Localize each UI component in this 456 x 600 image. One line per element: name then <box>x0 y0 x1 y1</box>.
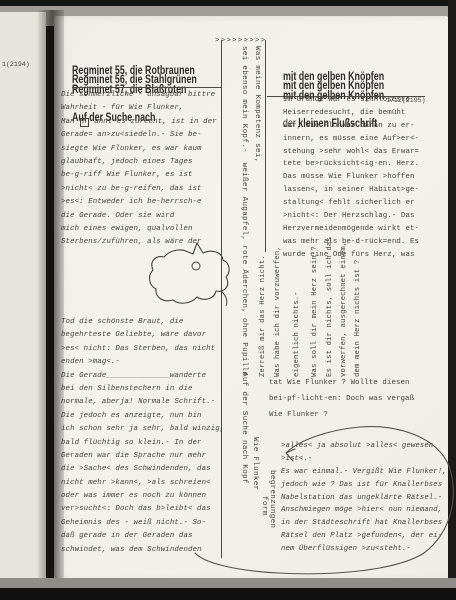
question-line-7: dem mein Herz nichts ist ? <box>354 260 363 377</box>
boxed-n: n <box>80 118 89 127</box>
text-line: >nicht<: Der Herzschlag.- Das <box>283 210 428 223</box>
text-line: Sterbens/zuführen, als wäre der <box>61 236 226 249</box>
question-line-1: Zerreiß mir das Herz nicht. <box>259 255 268 377</box>
text-line: Die schmerzliche - unsagbar bittre <box>61 89 226 102</box>
text-line: enden >mag<.- <box>61 356 229 369</box>
question-line-3: eigentlich nichts.- <box>293 291 302 377</box>
text-line: ich schon sehr ja sehr, bald winzig, <box>61 423 229 436</box>
margin-suche-line: Auf der Suche nach Kopf <box>239 372 248 484</box>
text-line: glaubhaft, jedoch eines Tages <box>61 156 226 169</box>
margin-wie-flunker: Wie Flunker <box>250 437 259 490</box>
text-line: daß gerade in der Geraden das <box>61 530 229 543</box>
text-line: mich eines ewigen, qualvollen <box>61 223 226 236</box>
text-line: be-g-riff Wie Flunker, es ist <box>61 169 226 182</box>
left-header-underline <box>72 87 222 88</box>
question-line-4: Was soll dir mein Herz sein ? <box>311 246 320 377</box>
text-line: Geraden war die Sprache nur mehr <box>61 450 229 463</box>
left-page-number: 1(2194) <box>2 61 30 68</box>
text-line: begehrteste Geliebte, wäre davor <box>61 329 229 342</box>
man-line-pre: Man <box>61 118 79 126</box>
text-line: die Gerade. Oder sie wird <box>61 210 226 223</box>
text-line: lassen<, in seiner Habitat>ge- <box>283 184 428 197</box>
text-line: nicht mehr >kann<, >als schreien< <box>61 477 229 490</box>
question-line-2: Was habe ich dir vorzuwerfen, <box>274 246 283 377</box>
text-line: Das müsse Wie Flunker >hoffen <box>283 171 428 184</box>
text-line: tete be>rücksicht<ig-en. Herz. <box>283 158 428 171</box>
text-line: bei-pf-licht-en: Doch was vergaß <box>269 392 419 408</box>
text-line: tat Wie Flunker ? Wollte diesen <box>269 376 419 392</box>
text-line: Anschmiegen möge >hier< nun niemand, <box>281 504 447 517</box>
text-line: Heiserredesucht, die bemüht <box>283 107 428 120</box>
text-line: Es war einmal.- Vergißt Wie Flunker!, <box>281 466 447 479</box>
text-line: in der Städteschrift hat Knallerbses <box>281 517 447 530</box>
text-line: bald flüchtig so klein.- In der <box>61 437 229 450</box>
right-paragraph: Im Grunde war es sinnlosesteHeiserredesu… <box>283 94 428 262</box>
question-line-6: vorwerfen, ausgerechnet einem, <box>340 242 349 377</box>
text-line: ver>sucht<: Doch das b>leibt< das <box>61 503 229 516</box>
text-line: staltung< fehlt sicherlich er <box>283 197 428 210</box>
margin-begrenzungen-word: begrenzungen <box>267 470 276 528</box>
text-line: Die jedoch es anzeigte, nun bin <box>61 410 229 423</box>
text-line: Die Gerade______________wanderte <box>61 370 229 383</box>
text-line: normale, aberja! Normale Schrift.- <box>61 396 229 409</box>
text-line: Tod die schönste Braut, die <box>61 316 229 329</box>
text-line: war, Wie Flunker daran zu er- <box>283 120 428 133</box>
left-column-lower: Tod die schönste Braut, diebegehrteste G… <box>61 316 229 557</box>
text-line: Im Grunde war es sinnloseste <box>283 94 428 107</box>
text-line: Gerade= an>zu<siedeln.- Sie be- <box>61 129 226 142</box>
text-line: >es<: Entweder ich be-herrsch-e <box>61 196 226 209</box>
text-line: >es< nicht: Das Sterben, das nicht <box>61 343 229 356</box>
text-line: Wie Flunker ? <box>269 408 419 424</box>
right-column: Im Grunde war es sinnlosesteHeiserredesu… <box>283 94 428 262</box>
left-paragraph-bottom: Tod die schönste Braut, diebegehrteste G… <box>61 316 229 557</box>
text-line: bei den Silbenstechern in die <box>61 383 229 396</box>
oval-note-paragraph: >alles< ja absolut >alles< gewesen>ist<.… <box>281 440 447 556</box>
text-line: >ist<.- <box>281 453 447 466</box>
margin-kompetenz-line: Was meine Kompetenz sei, <box>252 46 261 163</box>
text-line: Nabelstation das ungeklärte Rätsel.- <box>281 492 447 505</box>
text-line: schwindet, was dem Schwindenden <box>61 544 229 557</box>
right-column-rule <box>265 40 266 252</box>
text-line: oder was immer es noch zu können <box>61 490 229 503</box>
left-paragraph-top-b: Gerade= an>zu<siedeln.- Sie be-siegte Wi… <box>61 129 226 250</box>
text-line: Geheimnis des - weiß nicht.- So- <box>61 517 229 530</box>
text-line: >nicht< zu be-g-reifen, das ist <box>61 183 226 196</box>
man-line-post: ahnt es zurecht, ist in der <box>90 118 217 126</box>
text-line: Herzvermeidenmögende wirkt et- <box>283 223 428 236</box>
scan-bottom-bar <box>0 588 456 600</box>
text-line: Rätsel den Platz >gefunden<, der ei- <box>281 530 447 543</box>
text-line: siegte Wie Flunker, es war kaum <box>61 143 226 156</box>
text-line: was mehr als be-d-rück=end. Es <box>283 236 428 249</box>
chevron-marks: >>>>>>>>> <box>215 37 266 45</box>
text-line: nem Überflüssigen >zu<steht.- <box>281 543 447 556</box>
man-boxed-n-line: Man n ahnt es zurecht, ist in der <box>61 116 226 129</box>
left-paragraph-top-a: Die schmerzliche - unsagbar bittreWahrhe… <box>61 89 226 116</box>
book-scan: 1(2194) >>>>>>>>> Regminet 55, die Rotbr… <box>0 0 456 600</box>
page-right-edge <box>448 0 456 600</box>
left-column: Die schmerzliche - unsagbar bittreWahrhe… <box>61 89 226 250</box>
question-line-5: Es ist dir nichts, soll ich das <box>326 237 335 377</box>
text-line: stehung >sehr wohl< das Erwar= <box>283 146 428 159</box>
flunker-question-paragraph: tat Wie Flunker ? Wollte diesenbei-pf-li… <box>269 376 419 423</box>
text-line: Wahrheit - für Wie Flunker, <box>61 102 226 115</box>
margin-kopf-line: sei ebenso mein Kopf.- weißer Augapfel, … <box>239 46 248 376</box>
text-line: die >Sache< des Schwindenden, das <box>61 463 229 476</box>
text-line: >alles< ja absolut >alles< gewesen <box>281 440 447 453</box>
text-line: jedoch wie ? Das ist für Knallerbses <box>281 479 447 492</box>
text-line: innern, es müsse eine Auf>er<- <box>283 133 428 146</box>
